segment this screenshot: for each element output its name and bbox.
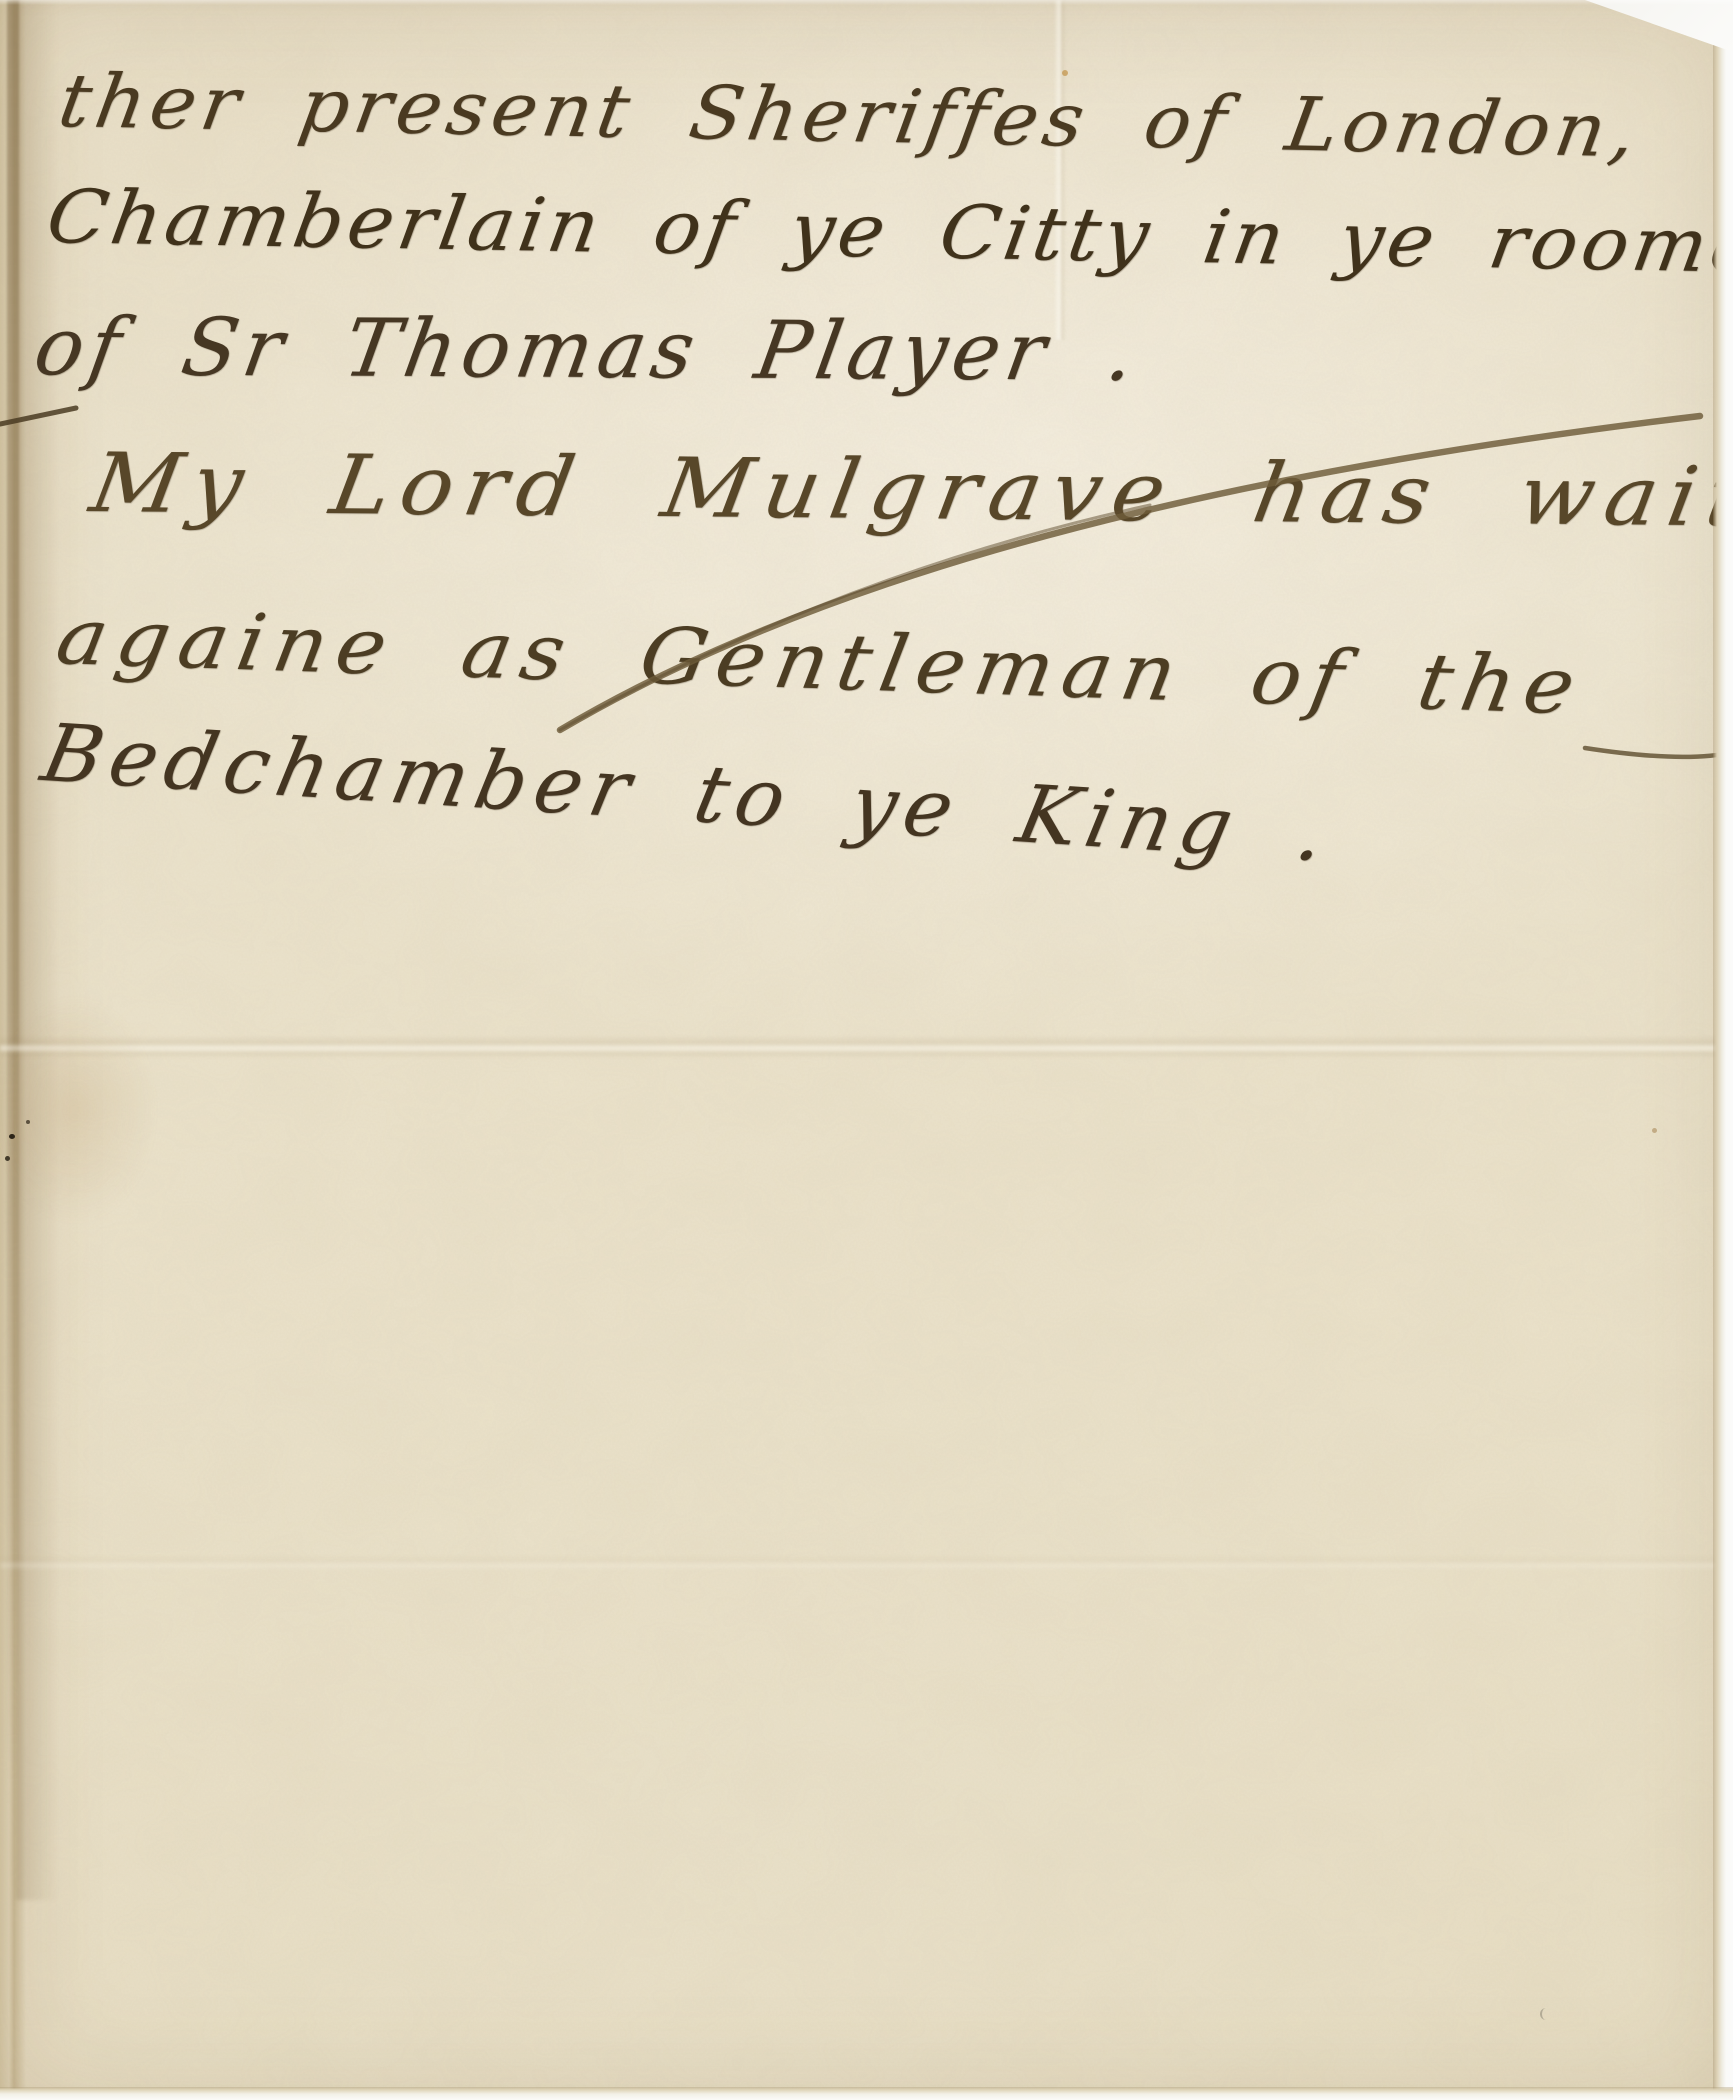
manuscript-page: ther present Sheriffes of London, Chambe…	[0, 0, 1733, 2100]
scanned-document: ther present Sheriffes of London, Chambe…	[0, 0, 1733, 2100]
pen-tail-stroke	[1585, 748, 1733, 757]
scanner-edge-right	[1713, 0, 1733, 2100]
margin-dash-stroke	[0, 408, 76, 424]
manuscript-line-4: My Lord Mulgrave has waited	[84, 436, 1733, 546]
handwriting-layer: ther present Sheriffes of London, Chambe…	[0, 0, 1733, 2100]
scanner-edge-bottom	[0, 2087, 1733, 2100]
manuscript-line-5: againe as Gentleman of the	[50, 592, 1591, 732]
manuscript-line-6: Bedchamber to ye King .	[35, 707, 1341, 880]
manuscript-line-2: Chamberlain of ye Citty in ye roome	[41, 174, 1733, 290]
manuscript-line-1: ther present Sheriffes of London,	[53, 58, 1647, 174]
manuscript-line-3: of Sr Thomas Player .	[28, 300, 1147, 399]
scanner-edge-top	[0, 0, 1733, 5]
